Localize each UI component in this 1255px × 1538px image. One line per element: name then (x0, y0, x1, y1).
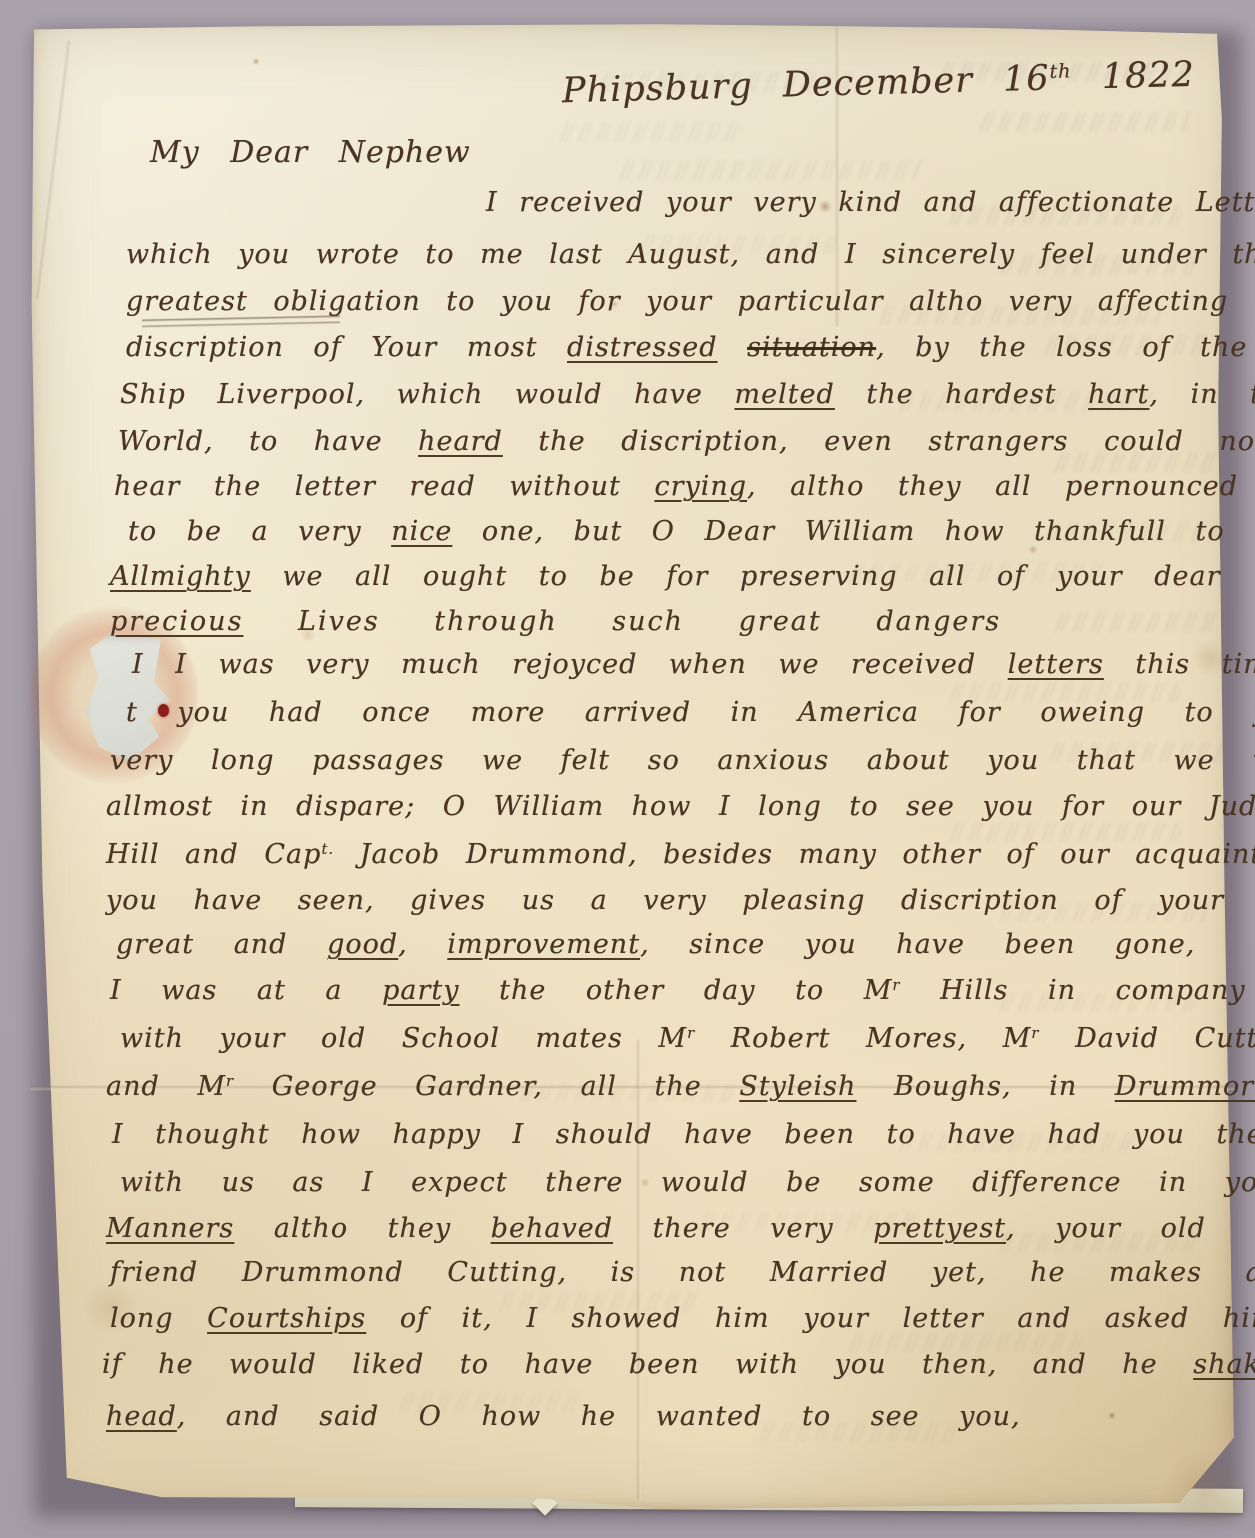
letter-text-segment: discription of Your most (126, 332, 567, 363)
letter-line-26: long Courtships of it, I showed him your… (110, 1304, 1255, 1334)
letter-line-6: Ship Liverpool, which would have melted … (120, 380, 1255, 410)
letter-text-segment: there very (613, 1213, 873, 1244)
letter-text-segment: , by the loss of the (876, 332, 1247, 363)
letter-line-7: World, to have heard the discription, ev… (118, 427, 1255, 457)
letter-line-22: I thought how happy I should have been t… (112, 1120, 1255, 1150)
ghost-writing-band (1053, 612, 1222, 632)
letter-text-segment: you have seen, gives us a very pleasing … (106, 885, 1224, 916)
ghost-writing-band (558, 122, 742, 142)
letter-text-segment: Boughs, in (856, 1071, 1114, 1102)
letter-line-27: if he would liked to have been with you … (102, 1350, 1255, 1380)
letter-text-segment: the discription, even strangers could no… (503, 426, 1255, 457)
letter-text-segment: hear the letter read without (114, 471, 654, 502)
letter-text-segment: hart (1088, 379, 1149, 410)
letter-line-5: discription of Your most distressed situ… (126, 333, 1247, 363)
letter-line-19: I was at a party the other day to Mr Hil… (110, 976, 1246, 1006)
letter-line-2: I received your very kind and affectiona… (486, 188, 1255, 218)
letter-text-segment: with your old School mates M (120, 1023, 687, 1054)
letter-line-3: which you wrote to me last August, and I… (126, 240, 1255, 270)
letter-text-segment: 1822 (1071, 55, 1195, 98)
letter-text-segment: I was at a (110, 975, 382, 1006)
letter-line-4: greatest obligation to you for your part… (126, 287, 1228, 317)
letter-text-segment: Hill and Cap (106, 839, 321, 870)
letter-line-1: My Dear Nephew (150, 136, 471, 169)
letter-text-segment: to be a very (128, 516, 391, 547)
letter-text-segment: r (687, 1024, 695, 1042)
letter-text-segment: and M (106, 1071, 226, 1102)
letter-line-17: you have seen, gives us a very pleasing … (106, 886, 1224, 916)
letter-text-segment: t. (321, 840, 334, 858)
letter-text-segment: I received your very kind and affectiona… (486, 187, 1255, 218)
letter-text-segment: My Dear Nephew (150, 135, 471, 170)
letter-text-segment: t you had once more arrived in America f… (126, 697, 1255, 728)
letter-text-segment: Ship Liverpool, which would have (120, 379, 734, 410)
letter-line-28: head, and said O how he wanted to see yo… (106, 1402, 1021, 1432)
letter-text-segment: melted (734, 379, 834, 410)
letter-text-segment: the other day to M (460, 975, 893, 1006)
letter-text-segment: with us as I expect there would be some … (120, 1167, 1255, 1198)
letter-text-segment: improvement (447, 929, 640, 960)
letter-text-segment: we all ought to be for preserving all of… (251, 561, 1221, 592)
letter-line-11: precious Lives through such great danger… (110, 607, 1001, 637)
letter-line-25: friend Drummond Cutting, is not Married … (110, 1258, 1255, 1288)
letter-text-segment: of it, I showed him your letter and aske… (366, 1303, 1255, 1334)
letter-text-segment: , your old (1006, 1213, 1206, 1244)
letter-text-segment: nice (391, 516, 452, 547)
letter-text-segment: head (106, 1401, 177, 1432)
letter-text-segment: George Gardner, all the (234, 1071, 739, 1102)
letter-line-15: allmost in dispare; O William how I long… (106, 792, 1255, 822)
letter-line-13: t you had once more arrived in America f… (126, 698, 1255, 728)
letter-text-segment: prettyest (873, 1213, 1006, 1244)
letter-text-segment: situation (747, 332, 876, 363)
letter-text-segment: I thought how happy I should have been t… (112, 1119, 1255, 1150)
letter-text-segment: heard (418, 426, 503, 457)
foxing-spot (1160, 1450, 1250, 1531)
letter-text-segment: greatest obligation to you for your part… (126, 286, 1228, 317)
letter-text-segment: , in the (1149, 379, 1255, 410)
letter-text-segment: Drummore (1115, 1071, 1255, 1102)
letter-line-8: hear the letter read without crying, alt… (114, 472, 1255, 502)
letter-text-segment: good (327, 929, 398, 960)
letter-text-segment: th (1049, 59, 1072, 83)
letter-text-segment: letters (1008, 649, 1104, 680)
ghost-writing-band (618, 160, 922, 180)
ghost-writing-band (978, 112, 1192, 132)
letter-text-segment: r (226, 1072, 234, 1090)
letter-text-segment: friend Drummond Cutting, is not Married … (110, 1257, 1255, 1288)
letter-line-10: Allmighty we all ought to be for preserv… (110, 562, 1221, 592)
photo-background: Phipsburg December 16th 1822My Dear Neph… (0, 0, 1255, 1538)
letter-text-segment: Robert Mores, M (695, 1023, 1031, 1054)
letter-text-segment: Manners (106, 1213, 234, 1244)
letter-text-segment: crying (654, 471, 747, 502)
letter-text-segment: one, but O Dear William how thankfull to… (452, 516, 1255, 547)
letter-text-segment: , since you have been gone, (640, 929, 1195, 960)
letter-text-segment: Lives through such great dangers (243, 606, 1001, 637)
letter-text-segment: very long passages we felt so anxious ab… (110, 745, 1255, 776)
letter-text-segment: Jacob Drummond, besides many other of ou… (334, 839, 1255, 870)
letter-text-segment: , altho they all pernounced it (747, 471, 1255, 502)
letter-text-segment: , (398, 929, 447, 960)
letter-text-segment: r (1031, 1024, 1039, 1042)
letter-line-12: I I was very much rejoyced when we recei… (132, 650, 1255, 680)
letter-text-segment: which you wrote to me last August, and I… (126, 239, 1255, 270)
letter-line-24: Manners altho they behaved there very pr… (106, 1214, 1206, 1244)
letter-text-segment: I I was very much rejoyced when we recei… (132, 649, 1008, 680)
letter-text-segment: David Cutting, (1040, 1023, 1255, 1054)
letter-text-segment: , and said O how he wanted to see you, (177, 1401, 1021, 1432)
letter-text-segment: behaved (491, 1213, 613, 1244)
letter-line-9: to be a very nice one, but O Dear Willia… (128, 517, 1255, 547)
letter-text-segment: allmost in dispare; O William how I long… (106, 791, 1255, 822)
letter-text-segment: great and (116, 929, 327, 960)
letter-line-16: Hill and Capt. Jacob Drummond, besides m… (106, 840, 1255, 870)
letter-text-segment: distressed (567, 332, 717, 363)
letter-text-segment: long (110, 1303, 207, 1334)
letter-line-14: very long passages we felt so anxious ab… (110, 746, 1255, 776)
letter-text-segment: World, to have (118, 426, 418, 457)
letter-line-23: with us as I expect there would be some … (120, 1168, 1255, 1198)
letter-text-segment: r (892, 976, 900, 994)
letter-text-segment: Hills in company (901, 975, 1246, 1006)
letter-line-18: great and good, improvement, since you h… (116, 930, 1195, 960)
letter-text-segment: precious (110, 606, 243, 637)
letter-text-segment: altho they (234, 1213, 490, 1244)
letter-text-segment: Allmighty (110, 561, 251, 592)
letter-text-segment: if he would liked to have been with you … (102, 1349, 1193, 1380)
letter-line-21: and Mr George Gardner, all the Styleish … (106, 1072, 1255, 1102)
letter-text-segment: this time (1104, 649, 1255, 680)
letter-text-segment (718, 332, 748, 363)
letter-text-segment: shaked (1193, 1349, 1255, 1380)
letter-line-20: with your old School mates Mr Robert Mor… (120, 1024, 1255, 1054)
letter-text-segment: the hardest (835, 379, 1088, 410)
letter-text-segment: Styleish (739, 1071, 856, 1102)
letter-text-segment: Courtships (207, 1303, 366, 1334)
letter-text-segment: party (382, 975, 459, 1006)
